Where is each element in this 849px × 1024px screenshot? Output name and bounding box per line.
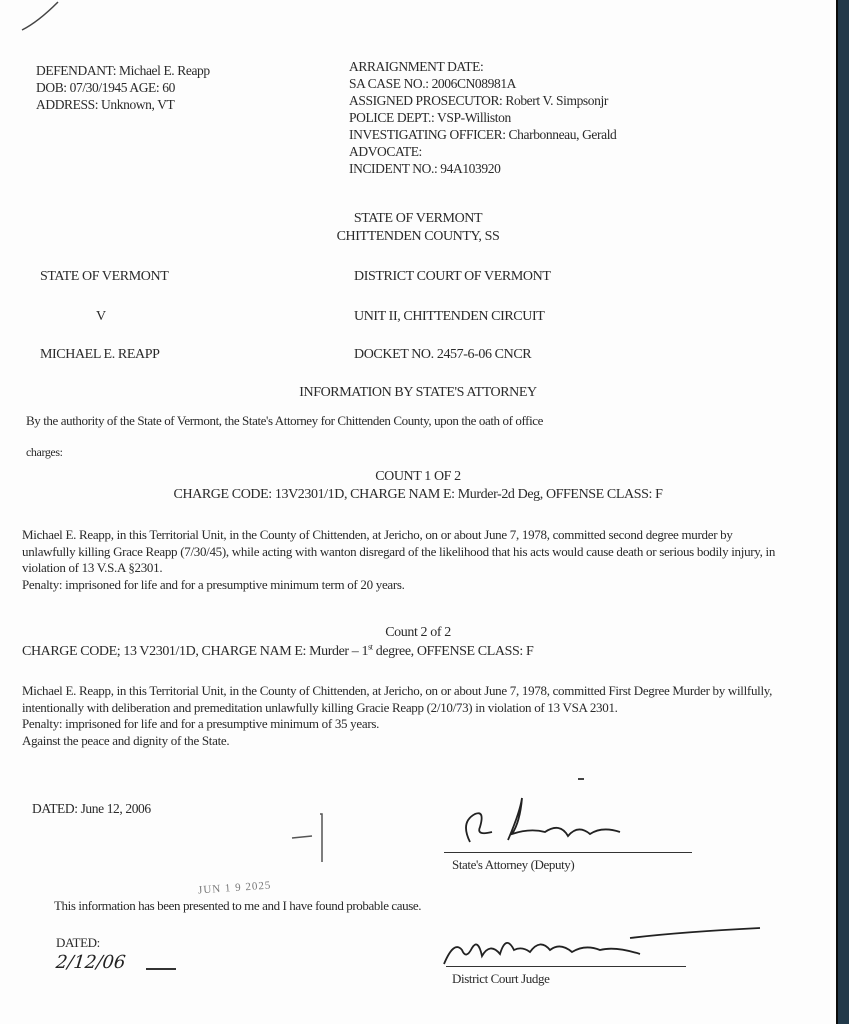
jurisdiction-county: CHITTENDEN COUNTY, SS [0, 228, 836, 246]
signature-line-2 [446, 966, 686, 967]
prosecutor-signature [450, 792, 690, 852]
dated-1: DATED: June 12, 2006 [32, 800, 151, 817]
defendant-info: DEFENDANT: Michael E. Reapp DOB: 07/30/1… [36, 62, 210, 113]
defendant-name: DEFENDANT: Michael E. Reapp [36, 62, 210, 79]
page-edge-background [836, 0, 849, 1024]
count2-heading: Count 2 of 2 [0, 624, 836, 642]
police-dept: POLICE DEPT.: VSP-Williston [349, 109, 616, 126]
caption-defendant: MICHAEL E. REAPP [40, 346, 159, 364]
signature-2-label: District Court Judge [452, 970, 549, 987]
caption-versus: V [96, 308, 106, 326]
investigating-officer: INVESTIGATING OFFICER: Charbonneau, Gera… [349, 126, 616, 143]
document-title: INFORMATION BY STATE'S ATTORNEY [0, 384, 836, 402]
corner-pen-mark [18, 0, 68, 40]
dated-2-dash [146, 968, 176, 970]
probable-cause-statement: This information has been presented to m… [54, 897, 421, 914]
assigned-prosecutor: ASSIGNED PROSECUTOR: Robert V. Simpsonjr [349, 92, 616, 109]
sa-case-no: SA CASE NO.: 2006CN08981A [349, 75, 616, 92]
arraignment-date: ARRAIGNMENT DATE: [349, 58, 616, 75]
stray-mark [578, 778, 584, 780]
dated-2-handwritten: 2/12/06 [55, 952, 127, 973]
case-info: ARRAIGNMENT DATE: SA CASE NO.: 2006CN089… [349, 58, 616, 177]
advocate: ADVOCATE: [349, 143, 616, 160]
count2-charge-line: CHARGE CODE; 13 V2301/1D, CHARGE NAM E: … [22, 643, 533, 661]
count2-penalty: Penalty: imprisoned for life and for a p… [22, 716, 379, 731]
court-name: DISTRICT COURT OF VERMONT [354, 268, 550, 286]
received-stamp: JUN 1 9 2025 [198, 879, 272, 896]
signature-1-label: State's Attorney (Deputy) [452, 856, 574, 873]
count2-charge-suffix: degree, OFFENSE CLASS: F [373, 644, 534, 659]
court-unit: UNIT II, CHITTENDEN CIRCUIT [354, 308, 544, 326]
jurisdiction: STATE OF VERMONT CHITTENDEN COUNTY, SS [0, 210, 836, 246]
charges-label: charges: [26, 444, 63, 461]
dated-2-label: DATED: [56, 934, 100, 951]
count1-charge-line: CHARGE CODE: 13V2301/1D, CHARGE NAM E: M… [0, 486, 836, 504]
preamble: By the authority of the State of Vermont… [26, 412, 543, 429]
docket-no: DOCKET NO. 2457-6-06 CNCR [354, 346, 531, 364]
count2-description: Michael E. Reapp, in this Territorial Un… [22, 683, 772, 715]
signature-line-1 [444, 852, 692, 853]
count2-charge-prefix: CHARGE CODE; 13 V2301/1D, CHARGE NAM E: … [22, 644, 368, 659]
bracket-mark [290, 812, 340, 872]
defendant-address: ADDRESS: Unknown, VT [36, 96, 210, 113]
closing-statement: Against the peace and dignity of the Sta… [22, 733, 229, 748]
count1-penalty: Penalty: imprisoned for life and for a p… [22, 577, 405, 592]
count1-description: Michael E. Reapp, in this Territorial Un… [22, 527, 775, 575]
document-page: DEFENDANT: Michael E. Reapp DOB: 07/30/1… [0, 0, 836, 1024]
count1-heading: COUNT 1 OF 2 [0, 468, 836, 486]
count2-body: Michael E. Reapp, in this Territorial Un… [22, 683, 782, 749]
incident-no: INCIDENT NO.: 94A103920 [349, 160, 616, 177]
count1-body: Michael E. Reapp, in this Territorial Un… [22, 527, 782, 593]
defendant-dob-age: DOB: 07/30/1945 AGE: 60 [36, 79, 210, 96]
caption-plaintiff: STATE OF VERMONT [40, 268, 168, 286]
jurisdiction-state: STATE OF VERMONT [0, 210, 836, 228]
